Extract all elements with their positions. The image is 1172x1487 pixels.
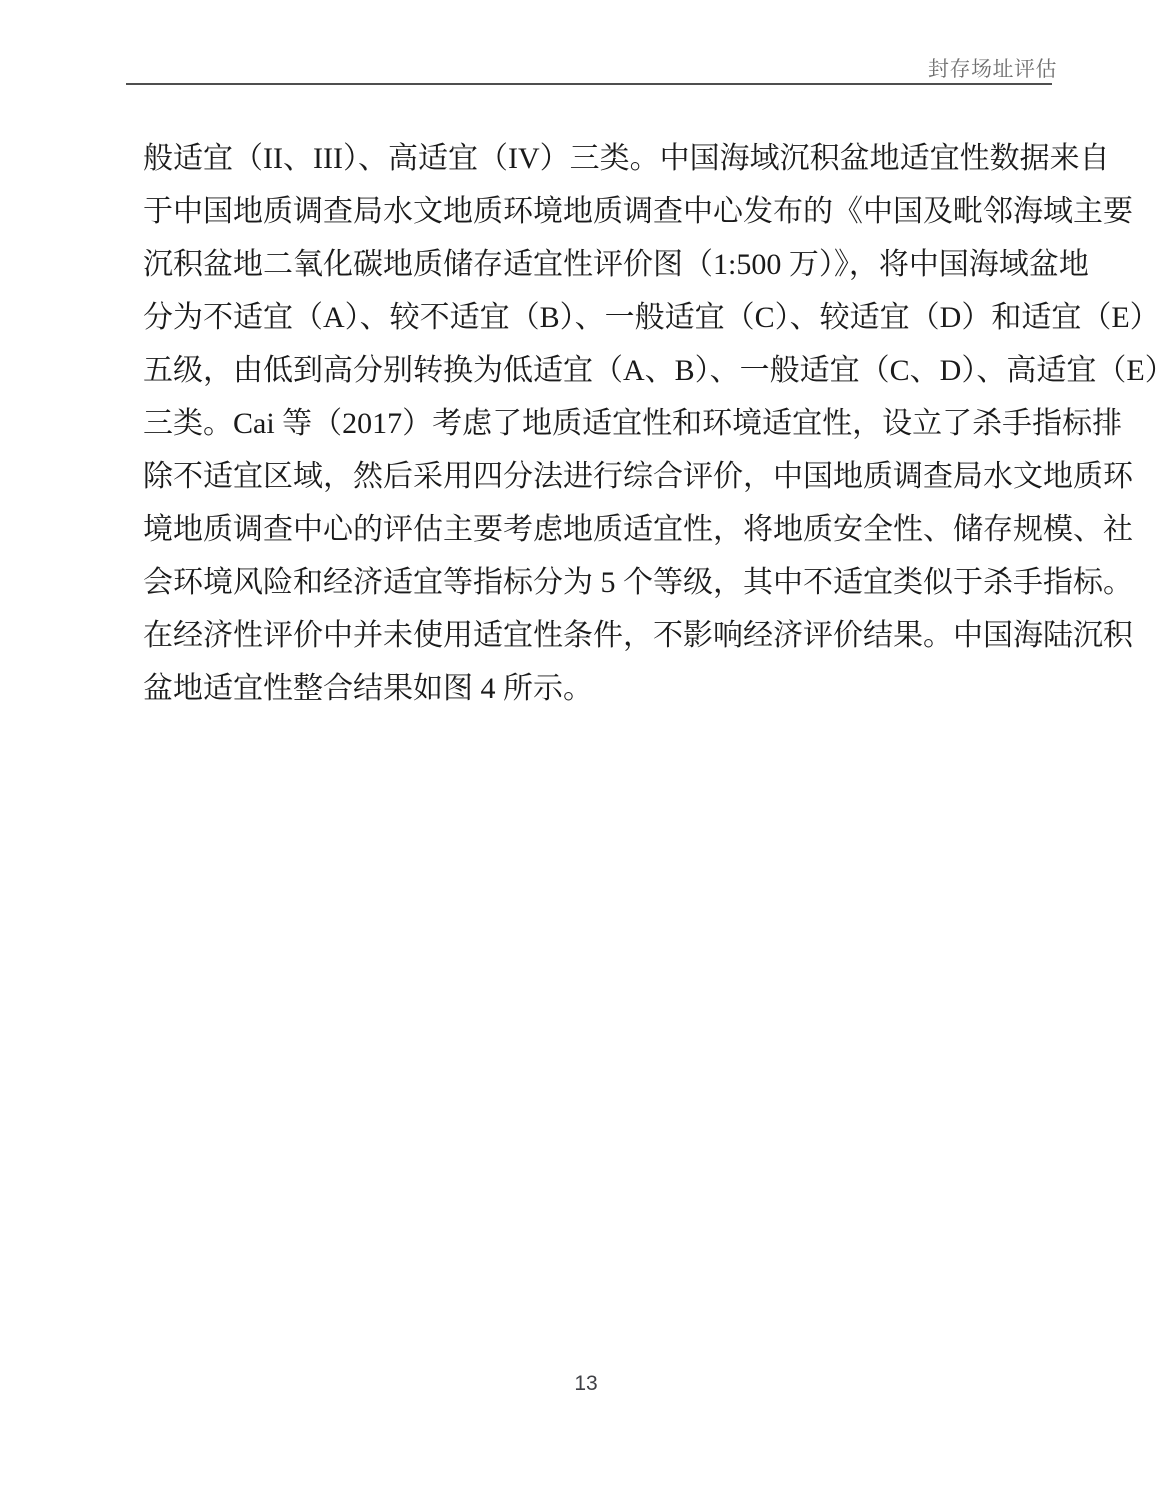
paragraph-line: 三类。Cai 等（2017）考虑了地质适宜性和环境适宜性，设立了杀手指标排 (143, 397, 1031, 450)
paragraph-line: 会环境风险和经济适宜等指标分为 5 个等级，其中不适宜类似于杀手指标。 (143, 556, 1031, 609)
page-footer: 13 (0, 1371, 1172, 1397)
paragraph-line: 在经济性评价中并未使用适宜性条件，不影响经济评价结果。中国海陆沉积 (143, 609, 1031, 662)
running-header-title: 封存场址评估 (928, 57, 1057, 81)
paragraph-line: 分为不适宜（A）、较不适宜（B）、一般适宜（C）、较适宜（D）和适宜（E） (143, 291, 1031, 344)
body-paragraph: 般适宜（II、III）、高适宜（IV）三类。中国海域沉积盆地适宜性数据来自 于中… (143, 132, 1031, 715)
paragraph-line: 沉积盆地二氧化碳地质储存适宜性评价图（1:500 万）》，将中国海域盆地 (143, 238, 1031, 291)
document-page: 封存场址评估 般适宜（II、III）、高适宜（IV）三类。中国海域沉积盆地适宜性… (0, 0, 1172, 1487)
page-number: 13 (574, 1372, 597, 1395)
paragraph-line: 五级，由低到高分别转换为低适宜（A、B）、一般适宜（C、D）、高适宜（E） (143, 344, 1031, 397)
paragraph-line: 除不适宜区域，然后采用四分法进行综合评价，中国地质调查局水文地质环 (143, 450, 1031, 503)
header-rule (126, 83, 1052, 85)
paragraph-line-last: 盆地适宜性整合结果如图 4 所示。 (143, 662, 1031, 715)
paragraph-line: 于中国地质调查局水文地质环境地质调查中心发布的《中国及毗邻海域主要 (143, 185, 1031, 238)
paragraph-line: 境地质调查中心的评估主要考虑地质适宜性，将地质安全性、储存规模、社 (143, 503, 1031, 556)
paragraph-line: 般适宜（II、III）、高适宜（IV）三类。中国海域沉积盆地适宜性数据来自 (143, 132, 1031, 185)
page-header: 封存场址评估 (126, 56, 1057, 82)
